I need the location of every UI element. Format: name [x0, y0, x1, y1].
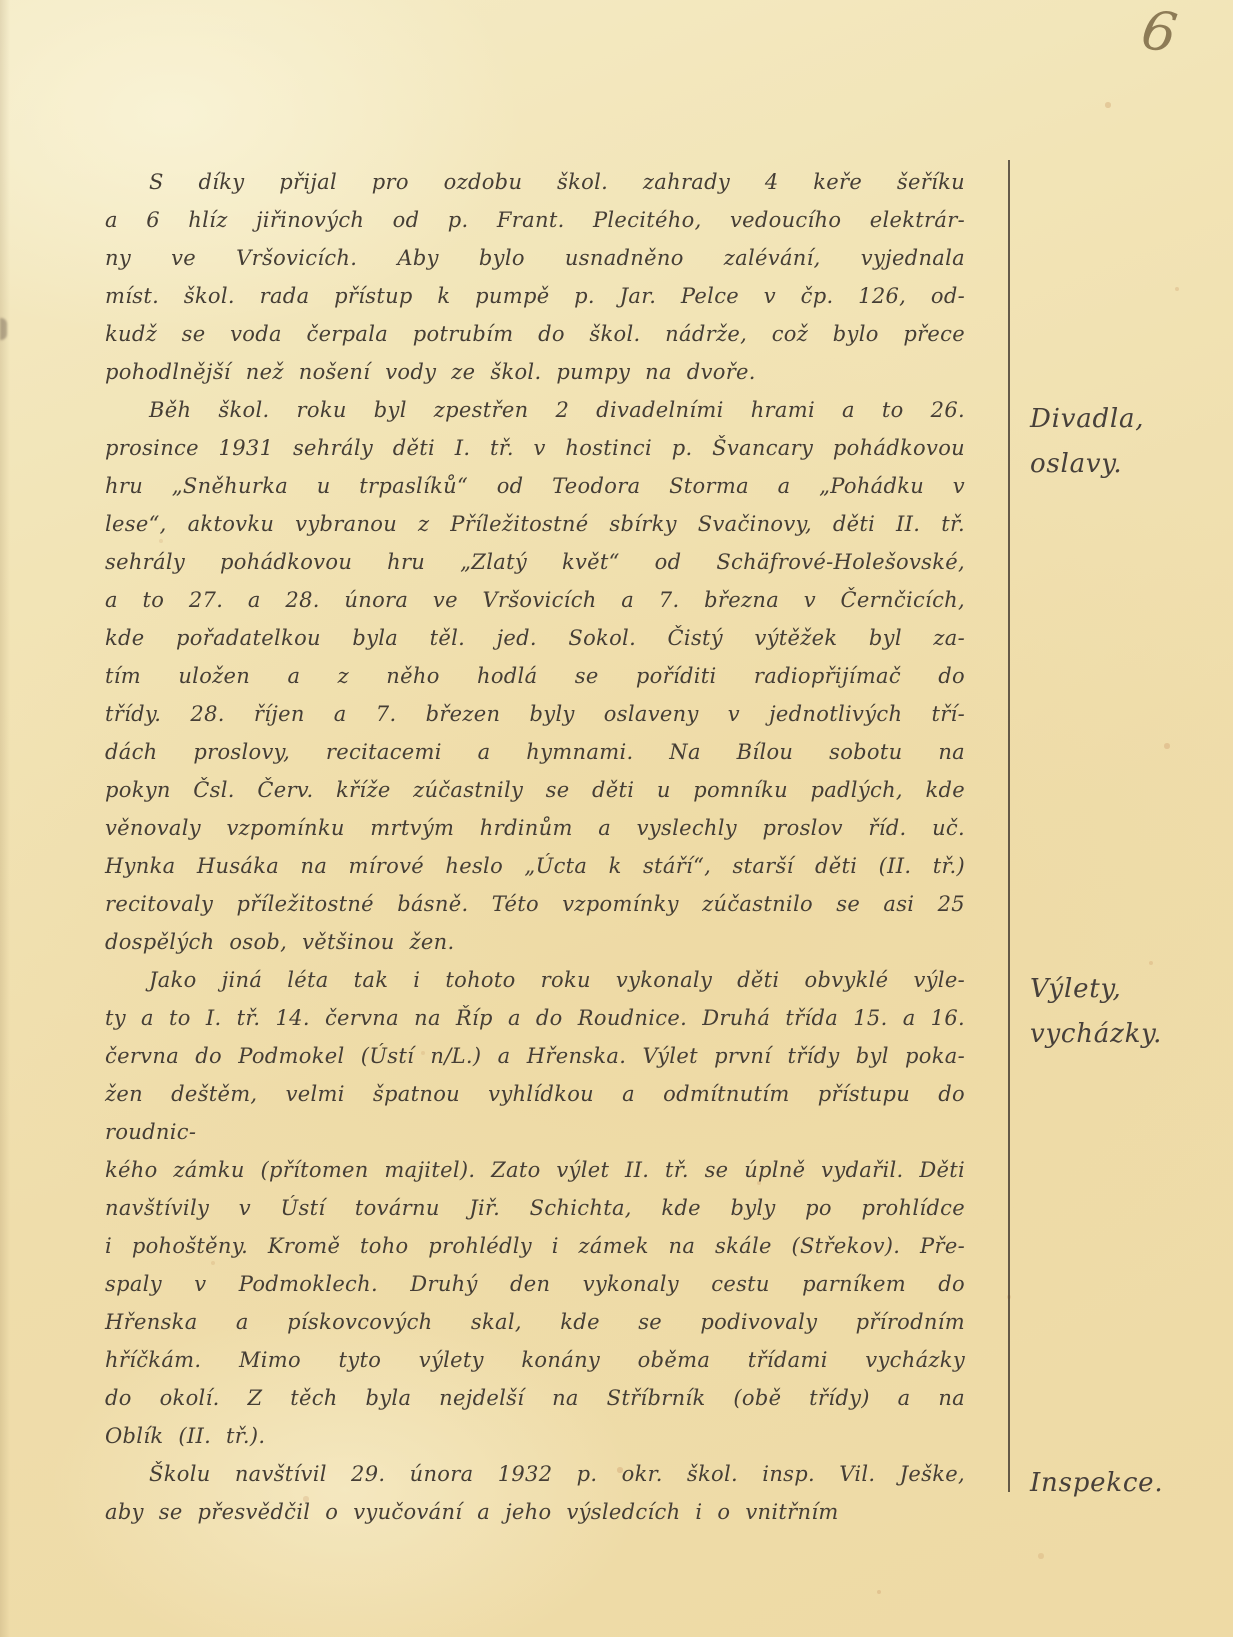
handwritten-line: aby se přesvědčil o vyučování a jeho výs…: [105, 1493, 965, 1531]
handwritten-line: spaly v Podmoklech. Druhý den vykonaly c…: [105, 1265, 965, 1303]
handwritten-line: dospělých osob, většinou žen.: [105, 923, 965, 961]
paragraph-row: Školu navštívil 29. února 1932 p. okr. š…: [105, 1455, 1210, 1531]
handwritten-line: pohodlnější než nošení vody ze škol. pum…: [105, 353, 965, 391]
handwritten-content: S díky přijal pro ozdobu škol. zahrady 4…: [105, 163, 1210, 1531]
handwritten-line: tím uložen a z něho hodlá se poříditi ra…: [105, 657, 965, 695]
margin-note-line: oslavy.: [1030, 442, 1210, 487]
handwritten-line: kého zámku (přítomen majitel). Zato výle…: [105, 1151, 965, 1189]
handwritten-line: žen deštěm, velmi špatnou vyhlídkou a od…: [105, 1075, 965, 1151]
margin-note-line: Výlety,: [1030, 967, 1210, 1012]
handwritten-line: Hřenska a pískovcových skal, kde se podi…: [105, 1303, 965, 1341]
handwritten-line: lese“, aktovku vybranou z Příležitostné …: [105, 505, 965, 543]
paragraph-row: Jako jiná léta tak i tohoto roku vykonal…: [105, 961, 1210, 1455]
paragraph-row: S díky přijal pro ozdobu škol. zahrady 4…: [105, 163, 1210, 391]
handwritten-line: června do Podmokel (Ústí n/L.) a Hřenska…: [105, 1037, 965, 1075]
paragraph: Školu navštívil 29. února 1932 p. okr. š…: [105, 1455, 965, 1531]
paragraph: Jako jiná léta tak i tohoto roku vykonal…: [105, 961, 965, 1455]
handwritten-line: ny ve Vršovicích. Aby bylo usnadněno zal…: [105, 239, 965, 277]
margin-note-line: vycházky.: [1030, 1012, 1210, 1057]
margin-note-line: Inspekce.: [1030, 1461, 1210, 1506]
handwritten-line: hru „Sněhurka u trpaslíků“ od Teodora St…: [105, 467, 965, 505]
handwritten-line: Jako jiná léta tak i tohoto roku vykonal…: [105, 961, 965, 999]
handwritten-line: do okolí. Z těch byla nejdelší na Stříbr…: [105, 1379, 965, 1417]
handwritten-line: Běh škol. roku byl zpestřen 2 divadelním…: [105, 391, 965, 429]
handwritten-line: S díky přijal pro ozdobu škol. zahrady 4…: [105, 163, 965, 201]
handwritten-line: a to 27. a 28. února ve Vršovicích a 7. …: [105, 581, 965, 619]
page-number: 6: [1138, 0, 1181, 64]
handwritten-line: míst. škol. rada přístup k pumpě p. Jar.…: [105, 277, 965, 315]
foxing-speckles: [0, 0, 2, 2]
handwritten-line: pokyn Čsl. Červ. kříže zúčastnily se dět…: [105, 771, 965, 809]
handwritten-line: Hynka Husáka na mírové heslo „Úcta k stá…: [105, 847, 965, 885]
handwritten-line: Školu navštívil 29. února 1932 p. okr. š…: [105, 1455, 965, 1493]
margin-note: Divadla,oslavy.: [1030, 391, 1210, 487]
handwritten-line: kudž se voda čerpala potrubím do škol. n…: [105, 315, 965, 353]
handwritten-line: věnovaly vzpomínku mrtvým hrdinům a vysl…: [105, 809, 965, 847]
handwritten-line: i pohoštěny. Kromě toho prohlédly i záme…: [105, 1227, 965, 1265]
handwritten-line: navštívily v Ústí továrnu Jiř. Schichta,…: [105, 1189, 965, 1227]
margin-note: Inspekce.: [1030, 1455, 1210, 1506]
scan-edge-shadow: [0, 0, 10, 1637]
chronicle-page: 6 S díky přijal pro ozdobu škol. zahrady…: [0, 0, 1233, 1637]
handwritten-line: dách proslovy, recitacemi a hymnami. Na …: [105, 733, 965, 771]
paragraph: S díky přijal pro ozdobu škol. zahrady 4…: [105, 163, 965, 391]
handwritten-line: recitovaly příležitostné básně. Této vzp…: [105, 885, 965, 923]
handwritten-line: kde pořadatelkou byla těl. jed. Sokol. Č…: [105, 619, 965, 657]
handwritten-line: sehrály pohádkovou hru „Zlatý květ“ od S…: [105, 543, 965, 581]
handwritten-line: a 6 hlíz jiřinových od p. Frant. Plecité…: [105, 201, 965, 239]
paragraph-row: Běh škol. roku byl zpestřen 2 divadelním…: [105, 391, 1210, 961]
handwritten-line: Oblík (II. tř.).: [105, 1417, 965, 1455]
scan-edge-mark: [0, 318, 7, 340]
paragraph: Běh škol. roku byl zpestřen 2 divadelním…: [105, 391, 965, 961]
margin-note: Výlety,vycházky.: [1030, 961, 1210, 1057]
handwritten-line: třídy. 28. říjen a 7. březen byly oslave…: [105, 695, 965, 733]
margin-note-line: Divadla,: [1030, 397, 1210, 442]
handwritten-line: hříčkám. Mimo tyto výlety konány oběma t…: [105, 1341, 965, 1379]
handwritten-line: ty a to I. tř. 14. června na Říp a do Ro…: [105, 999, 965, 1037]
handwritten-line: prosince 1931 sehrály děti I. tř. v host…: [105, 429, 965, 467]
